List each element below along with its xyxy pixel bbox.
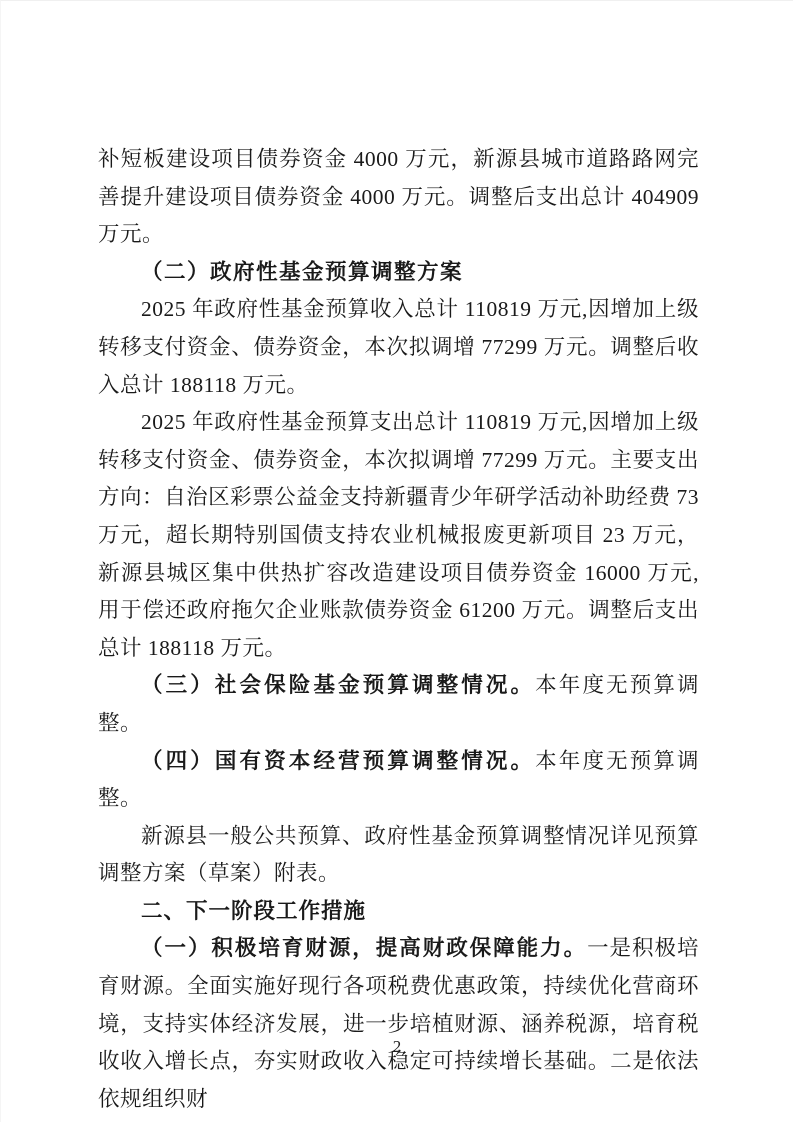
section-heading-text: （一）积极培育财源，提高财政保障能力。 — [141, 936, 587, 960]
chapter-heading-text: 二、下一阶段工作措施 — [141, 899, 366, 923]
paragraph-text: 2025 年政府性基金预算支出总计 110819 万元,因增加上级转移支付资金、… — [98, 410, 699, 660]
paragraph-text: 一是积极培育财源。全面实施好现行各项税费优惠政策，持续优化营商环境，支持实体经济… — [98, 936, 699, 1110]
section-heading-text: （三）社会保险基金预算调整情况。 — [141, 673, 535, 697]
section-heading-2: （二）政府性基金预算调整方案 — [98, 254, 699, 292]
paragraph-continuation: 补短板建设项目债券资金 4000 万元，新源县城市道路路网完善提升建设项目债券资… — [98, 141, 699, 254]
paragraph-measure-1: （一）积极培育财源，提高财政保障能力。一是积极培育财源。全面实施好现行各项税费优… — [98, 930, 699, 1118]
section-heading-3: （三）社会保险基金预算调整情况。本年度无预算调整。 — [98, 667, 699, 742]
paragraph-fund-revenue: 2025 年政府性基金预算收入总计 110819 万元,因增加上级转移支付资金、… — [98, 291, 699, 404]
paragraph-appendix-note: 新源县一般公共预算、政府性基金预算调整情况详见预算调整方案（草案）附表。 — [98, 818, 699, 893]
section-heading-4: （四）国有资本经营预算调整情况。本年度无预算调整。 — [98, 743, 699, 818]
chapter-heading-2: 二、下一阶段工作措施 — [98, 893, 699, 931]
page-number: 2 — [393, 1037, 402, 1056]
section-heading-text: （二）政府性基金预算调整方案 — [141, 260, 463, 284]
paragraph-fund-expenditure: 2025 年政府性基金预算支出总计 110819 万元,因增加上级转移支付资金、… — [98, 404, 699, 667]
section-heading-text: （四）国有资本经营预算调整情况。 — [141, 749, 535, 773]
paragraph-text: 新源县一般公共预算、政府性基金预算调整情况详见预算调整方案（草案）附表。 — [98, 824, 699, 886]
document-body: 补短板建设项目债券资金 4000 万元，新源县城市道路路网完善提升建设项目债券资… — [98, 141, 699, 1118]
page-footer: 2 — [1, 1037, 793, 1057]
document-page: 补短板建设项目债券资金 4000 万元，新源县城市道路路网完善提升建设项目债券资… — [0, 0, 793, 1122]
paragraph-text: 2025 年政府性基金预算收入总计 110819 万元,因增加上级转移支付资金、… — [98, 297, 699, 396]
paragraph-text: 补短板建设项目债券资金 4000 万元，新源县城市道路路网完善提升建设项目债券资… — [98, 147, 699, 246]
